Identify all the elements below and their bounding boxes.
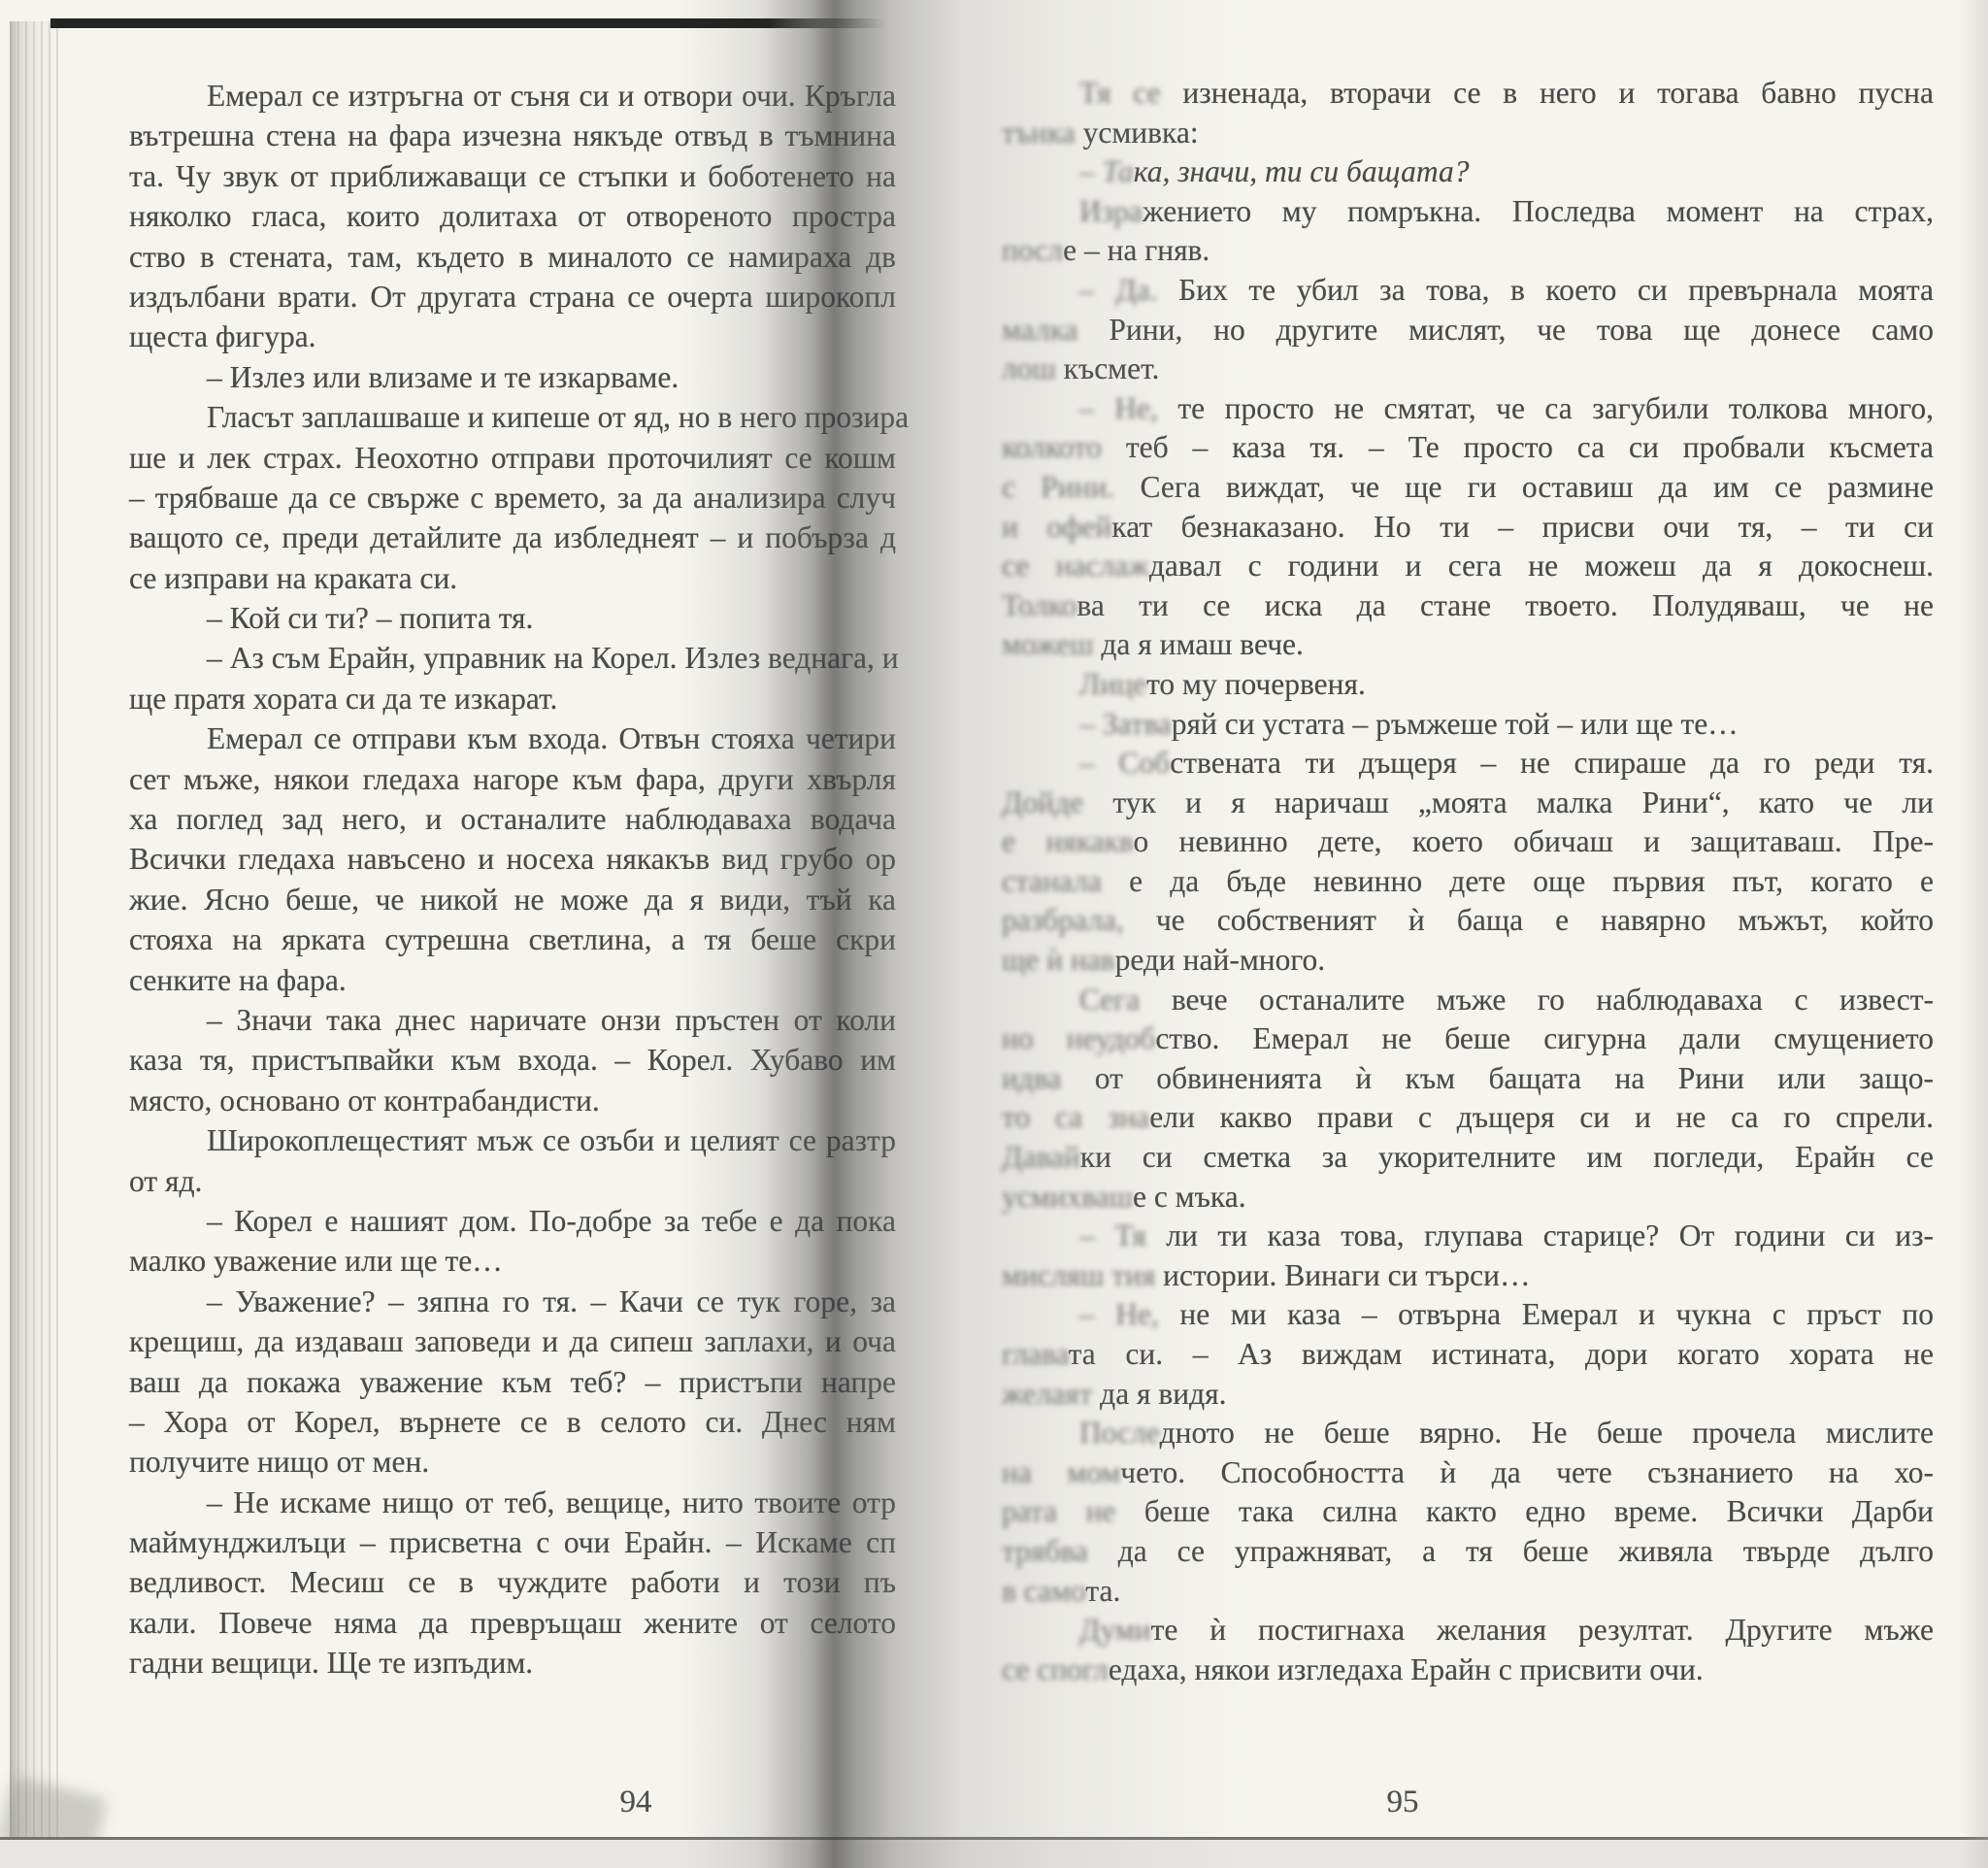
text-line: тънка усмивка: bbox=[1002, 114, 1934, 153]
text-fragment: едаха, някои изгледаха Ерайн с присвити … bbox=[1109, 1652, 1704, 1686]
text-fragment: та. bbox=[1085, 1574, 1120, 1608]
obscured-text-fragment: колкото bbox=[1002, 430, 1126, 464]
text-line: – Уважение? – зяпна го тя. – Качи се тук… bbox=[129, 1282, 896, 1321]
text-fragment: жението му помръкна. Последва момент на … bbox=[1143, 194, 1934, 228]
obscured-text-fragment: малка bbox=[1002, 313, 1109, 347]
text-line: каза тя, пристъпвайки към входа. – Корел… bbox=[129, 1040, 896, 1080]
text-line: се спогледаха, някои изгледаха Ерайн с п… bbox=[1002, 1651, 1934, 1690]
text-fragment: те ѝ постигнаха желания резултат. Другит… bbox=[1151, 1613, 1934, 1647]
text-line: място, основано от контрабандисти. bbox=[129, 1081, 896, 1120]
text-fragment: чето. Способността ѝ да чете съзнанието … bbox=[1120, 1455, 1934, 1489]
obscured-text-fragment: – Да. bbox=[1079, 273, 1178, 307]
obscured-text-fragment: – Затва bbox=[1079, 707, 1172, 741]
text-line: усмихваше с мъка. bbox=[1002, 1178, 1934, 1218]
book-spread-scan: Емерал се изтръгна от съня си и отвори о… bbox=[0, 0, 1988, 1868]
obscured-text-fragment: можеш bbox=[1002, 627, 1101, 661]
text-fragment: Сега виждат, че ще ги оставиш да им се р… bbox=[1140, 470, 1934, 504]
page-number-right: 95 bbox=[1349, 1785, 1456, 1820]
obscured-text-fragment: посл bbox=[1002, 233, 1063, 267]
text-fragment: изненада, вторачи се в него и тогава бав… bbox=[1182, 76, 1934, 110]
obscured-text-fragment: в само bbox=[1002, 1574, 1085, 1608]
obscured-text-fragment: на мом bbox=[1002, 1455, 1120, 1489]
text-line: желаят да я видя. bbox=[1002, 1375, 1934, 1415]
obscured-text-fragment: Изра bbox=[1079, 194, 1143, 228]
text-fragment: не ми каза – отвърна Емерал и чукна с пр… bbox=[1179, 1297, 1934, 1331]
obscured-text-fragment: Давай bbox=[1002, 1140, 1080, 1174]
obscured-text-fragment: После bbox=[1079, 1416, 1160, 1450]
text-line: Тя се изненада, вторачи се в него и тога… bbox=[1002, 74, 1934, 114]
text-line: рата не беше така силна както едно време… bbox=[1002, 1492, 1934, 1532]
obscured-text-fragment: глава bbox=[1002, 1337, 1069, 1371]
obscured-text-fragment: – Та bbox=[1079, 154, 1134, 188]
text-fragment: Бих те убил за това, в което си превърна… bbox=[1178, 273, 1934, 307]
text-line: – Не, не ми каза – отвърна Емерал и чукн… bbox=[1002, 1295, 1934, 1335]
text-line: се наслаждавал с години и сега не можеш … bbox=[1002, 547, 1934, 586]
text-line: гадни вещици. Ще те изпъдим. bbox=[129, 1643, 896, 1683]
text-line: маймунджилъци – присветна с очи Ерайн. –… bbox=[129, 1522, 896, 1562]
text-fragment: да я имаш вече. bbox=[1101, 627, 1304, 661]
obscured-text-fragment: то са зна bbox=[1002, 1100, 1149, 1134]
obscured-text-fragment: тънка bbox=[1002, 116, 1083, 150]
text-fragment: ки си сметка за укорителните им погледи,… bbox=[1080, 1140, 1934, 1174]
text-line: няколко гласа, които долитаха от отворен… bbox=[129, 196, 896, 236]
text-line: се изправи на краката си. bbox=[129, 558, 896, 598]
obscured-text-fragment: Дойде bbox=[1002, 785, 1112, 819]
text-line: Широкоплещестият мъж се озъби и целият с… bbox=[129, 1120, 896, 1160]
text-fragment: ряй си устата – ръмжеше той – или ще те… bbox=[1172, 707, 1739, 741]
text-fragment: теб – каза тя. – Те просто са си пробвал… bbox=[1126, 430, 1934, 464]
scan-right-edge bbox=[1961, 0, 1988, 1868]
text-fragment: дното не беше вярно. Не беше прочела мис… bbox=[1160, 1416, 1934, 1450]
obscured-text-fragment: Тя се bbox=[1079, 76, 1182, 110]
obscured-text-fragment: усмихваш bbox=[1002, 1180, 1133, 1214]
text-fragment: те просто не смятат, че са загубили толк… bbox=[1177, 391, 1934, 425]
text-fragment: усмивка: bbox=[1083, 116, 1199, 150]
text-fragment: вече останалите мъже го наблюдаваха с из… bbox=[1172, 983, 1934, 1017]
text-line: Гласът заплашваше и кипеше от яд, но в н… bbox=[129, 397, 896, 437]
text-line: Думите ѝ постигнаха желания резултат. Др… bbox=[1002, 1611, 1934, 1651]
obscured-text-fragment: се наслаж bbox=[1002, 549, 1149, 583]
text-line: трябва да се упражняват, а тя беше живял… bbox=[1002, 1532, 1934, 1572]
text-line: идва от обвиненията ѝ към бащата на Рини… bbox=[1002, 1059, 1934, 1099]
text-line: лош късмет. bbox=[1002, 350, 1934, 389]
text-fragment: е с мъка. bbox=[1133, 1180, 1246, 1214]
obscured-text-fragment: ще ѝ нав bbox=[1002, 943, 1115, 977]
text-line: после – на гняв. bbox=[1002, 231, 1934, 271]
text-fragment: давал с години и сега не можеш да я доко… bbox=[1149, 549, 1934, 583]
text-line: кали. Повече няма да превръщаш жените от… bbox=[129, 1603, 896, 1643]
text-fragment: ли ти каза това, глупава старице? От год… bbox=[1166, 1218, 1934, 1252]
text-line: малко уважение или ще те… bbox=[129, 1241, 896, 1281]
text-line: Сега вече останалите мъже го наблюдаваха… bbox=[1002, 981, 1934, 1020]
text-line: сенките на фара. bbox=[129, 960, 896, 1000]
text-line: Последното не беше вярно. Не беше прочел… bbox=[1002, 1414, 1934, 1453]
text-line: получите нищо от мен. bbox=[129, 1442, 896, 1482]
obscured-text-fragment: станала bbox=[1002, 864, 1129, 898]
text-line: – Кой си ти? – попита тя. bbox=[129, 598, 896, 638]
text-line: Емерал се изтръгна от съня си и отвори о… bbox=[129, 76, 896, 116]
obscured-text-fragment: лош bbox=[1002, 351, 1064, 385]
left-page-text: Емерал се изтръгна от съня си и отвори о… bbox=[129, 76, 896, 1684]
obscured-text-fragment: трябва bbox=[1002, 1534, 1118, 1568]
text-line: на момчето. Способността ѝ да чете съзна… bbox=[1002, 1453, 1934, 1493]
text-fragment: то му почервеня. bbox=[1146, 667, 1366, 701]
obscured-text-fragment: желаят bbox=[1002, 1377, 1100, 1411]
text-line: можеш да я имаш вече. bbox=[1002, 625, 1934, 665]
obscured-text-fragment: с Рини. bbox=[1002, 470, 1140, 504]
text-line: в самота. bbox=[1002, 1572, 1934, 1612]
text-fragment: о невинно дете, което обичаш и защитаваш… bbox=[1133, 824, 1934, 858]
text-fragment: Рини, но другите мислят, че това ще доне… bbox=[1109, 313, 1934, 347]
text-line: ше и лек страх. Неохотно отправи проточи… bbox=[129, 438, 896, 478]
text-line: Емерал се отправи към входа. Отвън стоях… bbox=[129, 718, 896, 758]
text-fragment: е – на гняв. bbox=[1063, 233, 1209, 267]
text-fragment: ели какво прави с дъщеря си и не са го с… bbox=[1149, 1100, 1934, 1134]
text-line: то са знаели какво прави с дъщеря си и н… bbox=[1002, 1098, 1934, 1138]
scan-bottom-edge bbox=[0, 1837, 1988, 1868]
text-line: ващото се, преди детайлите да избледнеят… bbox=[129, 517, 896, 557]
text-fragment: истории. Винаги си търси… bbox=[1163, 1258, 1530, 1292]
obscured-text-fragment: – Не, bbox=[1079, 391, 1177, 425]
book-pages-edge bbox=[10, 21, 60, 1841]
text-line: – Не, те просто не смятат, че са загубил… bbox=[1002, 389, 1934, 429]
text-fragment: късмет. bbox=[1064, 351, 1160, 385]
text-line: ваш да покажа уважение към теб? – пристъ… bbox=[129, 1362, 896, 1402]
text-line: Толкова ти се иска да стане твоето. Полу… bbox=[1002, 586, 1934, 626]
text-line: – Да. Бих те убил за това, в което си пр… bbox=[1002, 271, 1934, 311]
text-line: – трябваше да се свърже с времето, за да… bbox=[129, 478, 896, 517]
text-line: разбрала, че собственият ѝ баща е навярн… bbox=[1002, 901, 1934, 941]
text-line: – Аз съм Ерайн, управник на Корел. Излез… bbox=[129, 638, 896, 678]
text-line: ще ѝ навреди най-много. bbox=[1002, 941, 1934, 981]
text-fragment: ва ти се иска да стане твоето. Полудяваш… bbox=[1077, 588, 1934, 622]
text-line: – Не искаме нищо от теб, вещице, нито тв… bbox=[129, 1483, 896, 1522]
text-fragment: от обвиненията ѝ към бащата на Рини или … bbox=[1095, 1061, 1934, 1095]
obscured-text-fragment: се спогл bbox=[1002, 1652, 1109, 1686]
text-line: – Хора от Корел, върнете се в селото си.… bbox=[129, 1402, 896, 1442]
text-fragment: реди най-много. bbox=[1115, 943, 1326, 977]
obscured-text-fragment: – Не, bbox=[1079, 1297, 1179, 1331]
text-line: – Корел е нашият дом. По-добре за тебе е… bbox=[129, 1201, 896, 1241]
page-number-left: 94 bbox=[582, 1785, 689, 1820]
text-line: Лицето му почервеня. bbox=[1002, 665, 1934, 705]
text-line: мисляш тия истории. Винаги си търси… bbox=[1002, 1256, 1934, 1296]
text-line: ство в стената, там, където в миналото с… bbox=[129, 237, 896, 277]
text-line: – Така, значи, ти си бащата? bbox=[1002, 152, 1934, 192]
text-line: издълбани врати. От другата страна се оч… bbox=[129, 277, 896, 317]
text-line: главата си. – Аз виждам истината, дори к… bbox=[1002, 1335, 1934, 1375]
text-line: крещиш, да издаваш заповеди и да сипеш з… bbox=[129, 1321, 896, 1361]
text-line: Давайки си сметка за укорителните им пог… bbox=[1002, 1138, 1934, 1178]
text-line: Всички гледаха навъсено и носеха някакъв… bbox=[129, 839, 896, 879]
text-fragment: кат безнаказано. Но ти – присви очи тя, … bbox=[1111, 510, 1934, 544]
text-line: жие. Ясно беше, че никой не може да я ви… bbox=[129, 880, 896, 919]
obscured-text-fragment: рата не bbox=[1002, 1494, 1144, 1528]
obscured-text-fragment: Толко bbox=[1002, 588, 1077, 622]
obscured-text-fragment: е някакв bbox=[1002, 824, 1133, 858]
text-line: стояха на ярката сутрешна светлина, а тя… bbox=[129, 919, 896, 959]
text-line: Дойде тук и я наричаш „моята малка Рини“… bbox=[1002, 784, 1934, 823]
text-fragment: беше така силна както едно време. Всички… bbox=[1144, 1494, 1934, 1528]
text-line: вътрешна стена на фара изчезна някъде от… bbox=[129, 116, 896, 155]
text-line: ведливост. Месиш се в чуждите работи и т… bbox=[129, 1562, 896, 1602]
text-fragment: е да бъде невинно дете още първия път, к… bbox=[1129, 864, 1934, 898]
text-fragment: ство. Емерал не беше сигурна дали смущен… bbox=[1155, 1021, 1934, 1055]
obscured-text-fragment: – Тя bbox=[1079, 1218, 1166, 1252]
text-line: – Затваряй си устата – ръмжеше той – или… bbox=[1002, 705, 1934, 745]
text-line: сет мъже, някои гледаха нагоре към фара,… bbox=[129, 759, 896, 799]
obscured-text-fragment: разбрала, bbox=[1002, 903, 1156, 937]
right-page-text: Тя се изненада, вторачи се в него и тога… bbox=[1002, 74, 1934, 1689]
text-fragment: ствената ти дъщеря – не спираше да го ре… bbox=[1170, 746, 1934, 780]
scan-top-edge bbox=[50, 18, 885, 28]
text-line: и офейкат безнаказано. Но ти – присви оч… bbox=[1002, 508, 1934, 548]
text-line: но неудобство. Емерал не беше сигурна да… bbox=[1002, 1019, 1934, 1059]
obscured-text-fragment: Сега bbox=[1079, 983, 1172, 1017]
text-line: та. Чу звук от приближаващи се стъпки и … bbox=[129, 156, 896, 196]
text-fragment: да я видя. bbox=[1100, 1377, 1226, 1411]
text-line: Изражението му помръкна. Последва момент… bbox=[1002, 192, 1934, 232]
text-fragment: та си. – Аз виждам истината, дори когато… bbox=[1069, 1337, 1934, 1371]
text-fragment: тук и я наричаш „моята малка Рини“, като… bbox=[1112, 785, 1934, 819]
text-line: щеста фигура. bbox=[129, 317, 896, 356]
text-line: – Тя ли ти каза това, глупава старице? О… bbox=[1002, 1217, 1934, 1256]
obscured-text-fragment: Лице bbox=[1079, 667, 1146, 701]
text-line: ха поглед зад него, и останалите наблюда… bbox=[129, 799, 896, 839]
text-line: е някакво невинно дете, което обичаш и з… bbox=[1002, 822, 1934, 862]
text-fragment: да се упражняват, а тя беше живяла твърд… bbox=[1118, 1534, 1934, 1568]
text-line: с Рини. Сега виждат, че ще ги оставиш да… bbox=[1002, 468, 1934, 508]
text-line: малка Рини, но другите мислят, че това щ… bbox=[1002, 311, 1934, 350]
text-fragment: че собственият ѝ баща е навярно мъжът, к… bbox=[1156, 903, 1934, 937]
text-line: – Значи така днес наричате онзи пръстен … bbox=[129, 1000, 896, 1040]
text-fragment: ка, значи, ти си бащата? bbox=[1134, 154, 1470, 188]
obscured-text-fragment: Думи bbox=[1079, 1613, 1151, 1647]
text-line: станала е да бъде невинно дете още първи… bbox=[1002, 862, 1934, 902]
obscured-text-fragment: но неудоб bbox=[1002, 1021, 1155, 1055]
text-line: ще пратя хората си да те изкарат. bbox=[129, 679, 896, 718]
text-line: от яд. bbox=[129, 1161, 896, 1201]
text-line: – Собствената ти дъщеря – не спираше да … bbox=[1002, 744, 1934, 784]
obscured-text-fragment: и офей bbox=[1002, 510, 1111, 544]
text-line: – Излез или влизаме и те изкарваме. bbox=[129, 357, 896, 397]
obscured-text-fragment: – Соб bbox=[1079, 746, 1170, 780]
text-line: колкото теб – каза тя. – Те просто са си… bbox=[1002, 428, 1934, 468]
obscured-text-fragment: идва bbox=[1002, 1061, 1095, 1095]
obscured-text-fragment: мисляш тия bbox=[1002, 1258, 1163, 1292]
